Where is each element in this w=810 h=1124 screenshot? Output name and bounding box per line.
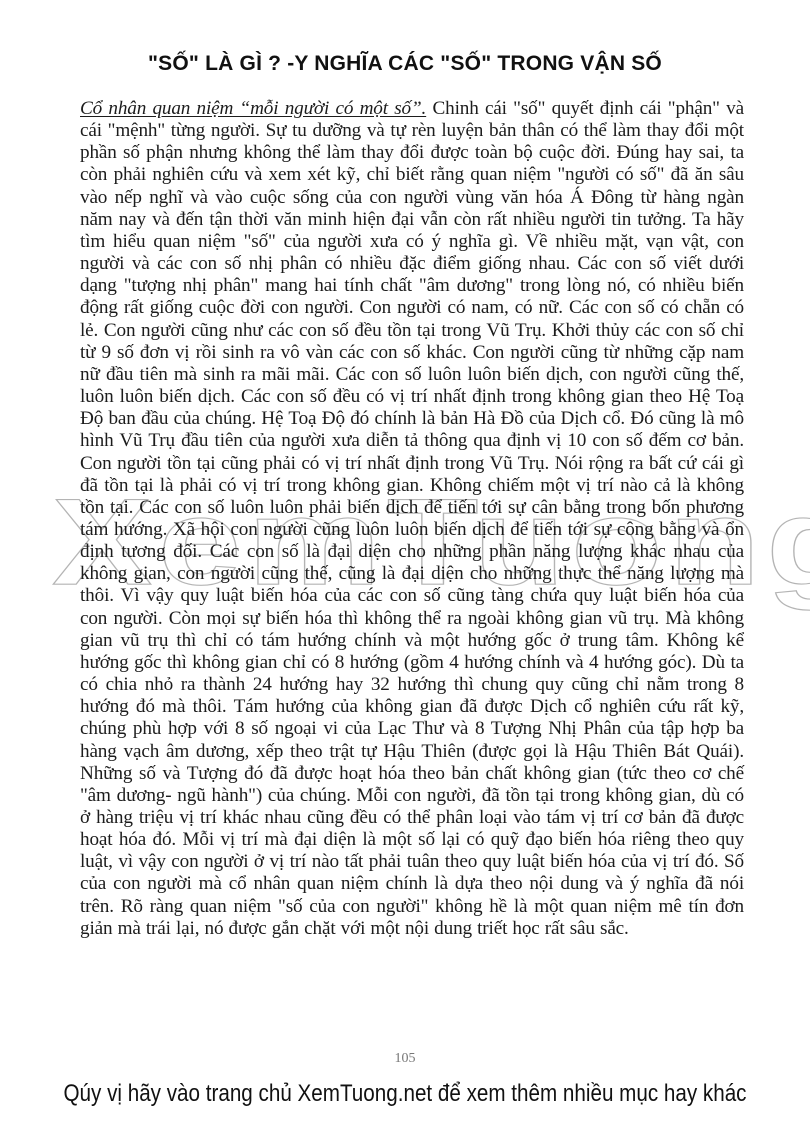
body-text: Chinh cái "số" quyết định cái "phận" và … — [80, 98, 744, 939]
lead-phrase: Cổ nhân quan niệm “mỗi người có một số”. — [80, 98, 426, 119]
page-title: "SỐ" LÀ GÌ ? -Y NGHĨA CÁC "SỐ" TRONG VẬN… — [0, 52, 810, 76]
footer-homepage-link[interactable]: Qúy vị hãy vào trang chủ XemTuong.net để… — [57, 1080, 754, 1108]
body-paragraph: Cổ nhân quan niệm “mỗi người có một số”.… — [80, 98, 744, 940]
page-number: 105 — [0, 1051, 810, 1067]
